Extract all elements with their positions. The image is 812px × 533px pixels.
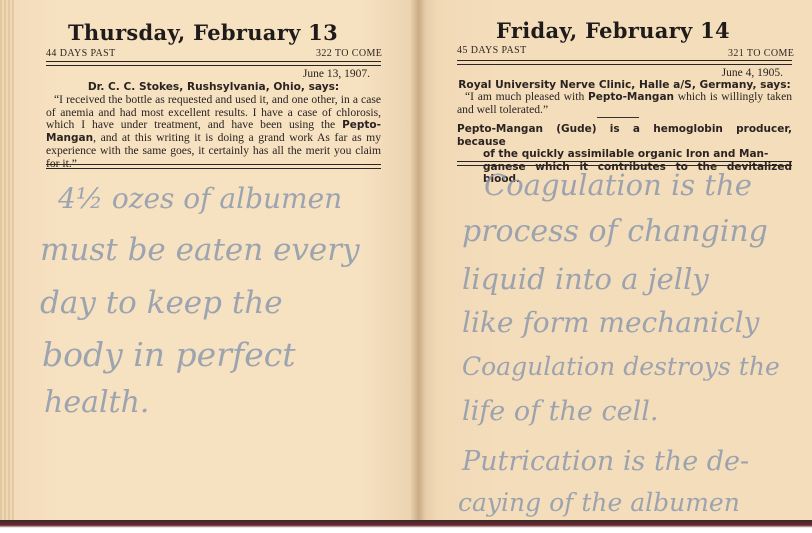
handwritten-line: must be eaten every	[40, 232, 360, 268]
book-cover-edge	[0, 520, 812, 533]
right-page: Friday, February 14 45 days past 321 to …	[418, 0, 812, 525]
left-days-to-come: 322 to come	[316, 48, 382, 59]
handwritten-line: process of changing	[462, 214, 768, 249]
right-testimonial-quote: “I am much pleased with Pepto-Mangan whi…	[457, 91, 792, 116]
right-days-past: 45 days past	[457, 45, 527, 56]
left-testimonial-quote: “I received the bottle as requested and …	[46, 94, 381, 170]
left-testimonial-date: June 13, 1907.	[200, 68, 370, 80]
handwritten-line: day to keep the	[40, 285, 283, 321]
right-day-title: Friday, February 14	[496, 18, 730, 43]
left-page: Thursday, February 13 44 days past 322 t…	[0, 0, 418, 525]
handwritten-line: caying of the albumen	[458, 488, 740, 517]
handwritten-line: Putrication is the de-	[462, 446, 749, 477]
right-header-rule	[457, 60, 792, 65]
handwritten-line: 4½ ozes of albumen	[58, 182, 342, 215]
handwritten-line: like form mechanicly	[462, 306, 759, 339]
handwritten-line: health.	[44, 385, 149, 420]
left-day-title: Thursday, February 13	[68, 20, 338, 45]
book-gutter	[410, 0, 426, 522]
handwritten-line: Coagulation is the	[484, 168, 752, 202]
open-diary-book: Thursday, February 13 44 days past 322 t…	[0, 0, 812, 525]
right-footer-rule	[457, 161, 792, 166]
right-testimonial-date: June 4, 1905.	[608, 67, 783, 79]
handwritten-line: life of the cell.	[462, 396, 658, 427]
separator-rule	[597, 117, 639, 118]
left-days-past: 44 days past	[46, 48, 116, 59]
left-header-rule	[46, 61, 381, 66]
brand-name: Pepto-Mangan	[588, 91, 674, 103]
right-days-to-come: 321 to come	[728, 48, 794, 59]
handwritten-line: Coagulation destroys the	[462, 352, 780, 381]
page-edges	[0, 0, 14, 522]
left-footer-rule	[46, 164, 381, 169]
handwritten-line: body in perfect	[42, 335, 295, 374]
left-testimonial-source: Dr. C. C. Stokes, Rushsylvania, Ohio, sa…	[46, 81, 381, 93]
handwritten-line: liquid into a jelly	[462, 262, 709, 296]
